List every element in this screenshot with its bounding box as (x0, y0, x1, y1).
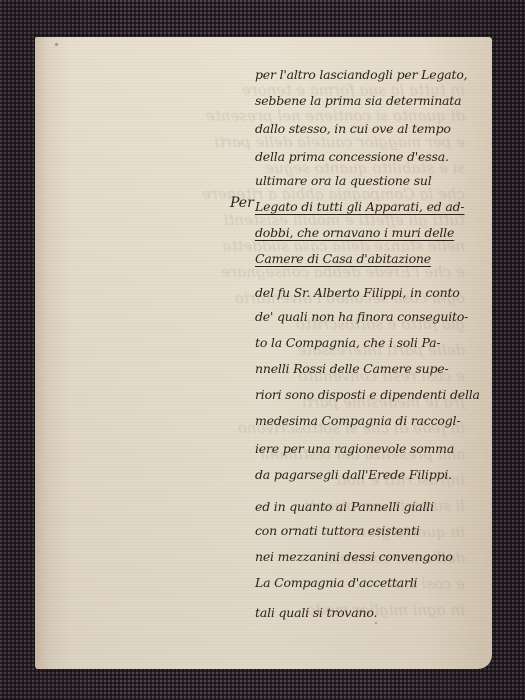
text-line-15: iere per una ragionevole somma (255, 441, 454, 456)
text-line-2: sebbene la prima sia determinata (255, 93, 461, 108)
text-line-20: La Compagnia d'accettarli (255, 575, 417, 590)
text-line-7: dobbi, che ornavano i muri delle (255, 225, 454, 240)
paper-speck (375, 622, 377, 624)
text-line-12: nnelli Rossi delle Camere supe- (255, 361, 448, 376)
paper-speck (55, 43, 58, 46)
text-line-4: della prima concessione d'essa. (255, 149, 449, 164)
text-line-1: per l'altro lasciandogli per Legato, (255, 67, 467, 82)
text-line-21: tali quali si trovano. (255, 605, 377, 620)
margin-word: Per (230, 195, 254, 211)
text-line-3: dallo stesso, in cui ove al tempo (255, 121, 451, 136)
text-line-8: Camere di Casa d'abitazione (255, 251, 431, 266)
text-line-6: Legato di tutti gli Apparati, ed ad- (255, 199, 464, 214)
text-line-19: nei mezzanini dessi convengono (255, 549, 453, 564)
text-line-18: con ornati tuttora esistenti (255, 523, 420, 538)
text-line-17: ed in quanto ai Pannelli gialli (255, 499, 434, 514)
text-line-13: riori sono disposti e dipendenti della (255, 387, 480, 402)
text-line-10: de' quali non ha finora conseguito- (255, 309, 468, 324)
text-line-16: da pagarsegli dall'Erede Filippi. (255, 467, 452, 482)
text-line-5: ultimare ora la questione sul (255, 173, 432, 188)
manuscript-page: in tutta la sua forma e tenoredi quanto … (35, 37, 492, 669)
text-line-9: del fu Sr. Alberto Filippi, in conto (255, 285, 460, 300)
text-line-11: to la Compagnia, che i soli Pa- (255, 335, 440, 350)
text-line-14: medesima Compagnia di raccogl- (255, 413, 460, 428)
